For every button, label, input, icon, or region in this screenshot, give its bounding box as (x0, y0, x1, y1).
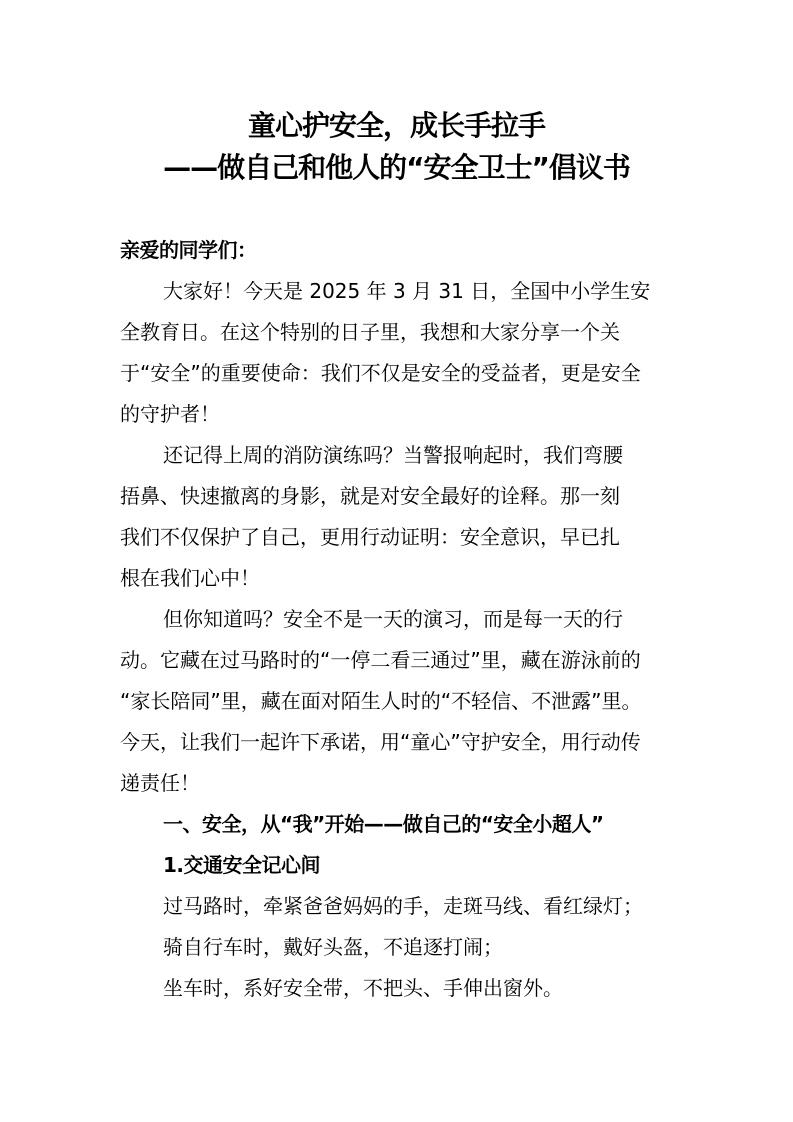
paragraph-line: 根在我们心中！ (120, 558, 676, 599)
paragraph-line: 全教育日。在这个特别的日子里，我想和大家分享一个关 (120, 312, 676, 353)
paragraph-line: 捂鼻、快速撤离的身影，就是对安全最好的诠释。那一刻 (120, 476, 676, 517)
list-line: 过马路时，牵紧爸爸妈妈的手，走斑马线、看红绿灯； (120, 886, 676, 927)
section-heading: 一、安全，从“我”开始——做自己的“安全小超人” (120, 804, 676, 845)
subsection-heading: 1.交通安全记心间 (120, 845, 676, 886)
paragraph-line: 的守护者！ (120, 394, 676, 435)
paragraph-line: 还记得上周的消防演练吗？当警报响起时，我们弯腰 (120, 435, 676, 476)
paragraph-line: “家长陪同”里，藏在面对陌生人时的“不轻信、不泄露”里。 (120, 681, 676, 722)
paragraph-line: 于“安全”的重要使命：我们不仅是安全的受益者，更是安全 (120, 353, 676, 394)
document-title-line2: ——做自己和他人的“安全卫士”倡议书 (0, 148, 793, 188)
paragraph-line: 但你知道吗？安全不是一天的演习，而是每一天的行 (120, 599, 676, 640)
list-line: 骑自行车时，戴好头盔，不追逐打闹； (120, 927, 676, 968)
salutation: 亲爱的同学们： (120, 230, 676, 271)
list-line: 坐车时，系好安全带，不把头、手伸出窗外。 (120, 968, 676, 1009)
paragraph-line: 我们不仅保护了自己，更用行动证明：安全意识，早已扎 (120, 517, 676, 558)
document-body: 亲爱的同学们： 大家好！今天是 2025 年 3 月 31 日，全国中小学生安 … (120, 230, 676, 1009)
paragraph-line: 大家好！今天是 2025 年 3 月 31 日，全国中小学生安 (120, 271, 676, 312)
paragraph-line: 动。它藏在过马路时的“一停二看三通过”里，藏在游泳前的 (120, 640, 676, 681)
document-title-line1: 童心护安全，成长手拉手 (0, 106, 793, 146)
paragraph-line: 今天，让我们一起许下承诺，用“童心”守护安全，用行动传 (120, 722, 676, 763)
paragraph-line: 递责任！ (120, 763, 676, 804)
